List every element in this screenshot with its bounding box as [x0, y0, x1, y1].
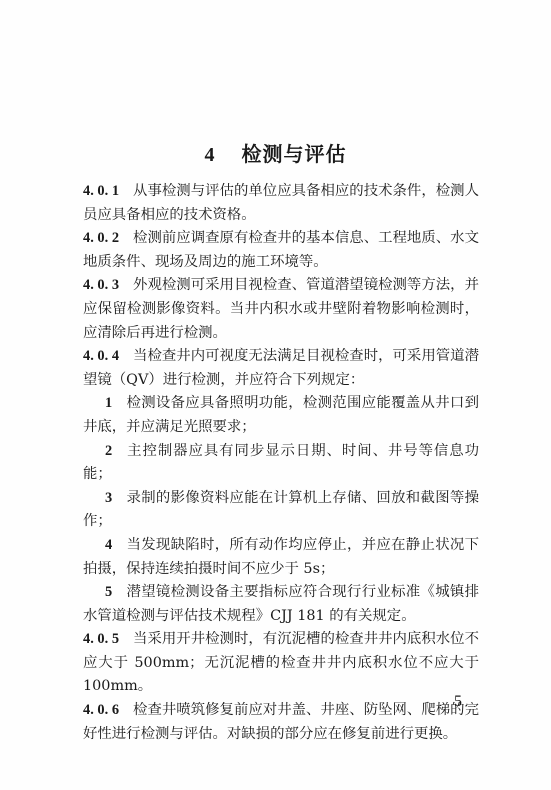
clause-item-5: 5潜望镜检测设备主要指标应符合现行行业标准《城镇排水管道检测与评估技术规程》CJ… — [83, 581, 479, 628]
clause-4-0-5: 4. 0. 5当采用开井检测时，有沉泥槽的检查井井内底积水位不应大于 500mm… — [83, 628, 479, 699]
body-text: 4. 0. 1从事检测与评估的单位应具备相应的技术条件，检测人员应具备相应的技术… — [83, 180, 479, 746]
item-text: 录制的影像资料应能在计算机上存储、回放和截图等操作； — [83, 490, 479, 530]
clause-text: 检查井喷筑修复前应对井盖、井座、防坠网、爬梯的完好性进行检测与评估。对缺损的部分… — [83, 702, 479, 742]
clause-4-0-4: 4. 0. 4当检查井内可视度无法满足目视检查时，可采用管道潜望镜（QV）进行检… — [83, 345, 479, 392]
clause-number: 4. 0. 4 — [83, 348, 119, 364]
item-text: 主控制器应具有同步显示日期、时间、井号等信息功能； — [83, 443, 479, 483]
document-page: 4检测与评估 4. 0. 1从事检测与评估的单位应具备相应的技术条件，检测人员应… — [0, 0, 551, 790]
clause-4-0-1: 4. 0. 1从事检测与评估的单位应具备相应的技术条件，检测人员应具备相应的技术… — [83, 180, 479, 227]
clause-item-2: 2主控制器应具有同步显示日期、时间、井号等信息功能； — [83, 440, 479, 487]
chapter-title: 4检测与评估 — [0, 139, 551, 170]
clause-text: 当检查井内可视度无法满足目视检查时，可采用管道潜望镜（QV）进行检测，并应符合下… — [83, 348, 479, 388]
item-number: 5 — [105, 584, 112, 600]
item-number: 3 — [105, 490, 112, 506]
clause-number: 4. 0. 1 — [83, 183, 119, 199]
clause-item-4: 4当发现缺陷时，所有动作均应停止，并应在静止状况下拍摄，保持连续拍摄时间不应少于… — [83, 534, 479, 581]
item-text: 当发现缺陷时，所有动作均应停止，并应在静止状况下拍摄，保持连续拍摄时间不应少于 … — [83, 537, 479, 577]
chapter-number: 4 — [205, 144, 216, 166]
clause-text: 外观检测可采用目视检查、管道潜望镜检测等方法，并应保留检测影像资料。当井内积水或… — [83, 277, 479, 340]
clause-text: 检测前应调查原有检查井的基本信息、工程地质、水文地质条件、现场及周边的施工环境等… — [83, 230, 479, 270]
chapter-title-text: 检测与评估 — [242, 142, 347, 166]
clause-number: 4. 0. 6 — [83, 702, 119, 718]
clause-number: 4. 0. 3 — [83, 277, 119, 293]
page-number: 5 — [454, 692, 462, 712]
clause-text: 当采用开井检测时，有沉泥槽的检查井井内底积水位不应大于 500mm；无沉泥槽的检… — [83, 631, 479, 694]
clause-4-0-2: 4. 0. 2检测前应调查原有检查井的基本信息、工程地质、水文地质条件、现场及周… — [83, 227, 479, 274]
item-number: 4 — [105, 537, 112, 553]
item-text: 潜望镜检测设备主要指标应符合现行行业标准《城镇排水管道检测与评估技术规程》CJJ… — [83, 584, 479, 624]
clause-text: 从事检测与评估的单位应具备相应的技术条件，检测人员应具备相应的技术资格。 — [83, 183, 479, 223]
item-text: 检测设备应具备照明功能，检测范围应能覆盖从井口到井底，并应满足光照要求； — [83, 395, 479, 435]
item-number: 1 — [105, 395, 112, 411]
clause-item-3: 3录制的影像资料应能在计算机上存储、回放和截图等操作； — [83, 487, 479, 534]
clause-4-0-3: 4. 0. 3外观检测可采用目视检查、管道潜望镜检测等方法，并应保留检测影像资料… — [83, 274, 479, 345]
item-number: 2 — [105, 443, 112, 459]
clause-item-1: 1检测设备应具备照明功能，检测范围应能覆盖从井口到井底，并应满足光照要求； — [83, 392, 479, 439]
clause-number: 4. 0. 2 — [83, 230, 119, 246]
clause-number: 4. 0. 5 — [83, 631, 119, 647]
clause-4-0-6: 4. 0. 6检查井喷筑修复前应对井盖、井座、防坠网、爬梯的完好性进行检测与评估… — [83, 699, 479, 746]
